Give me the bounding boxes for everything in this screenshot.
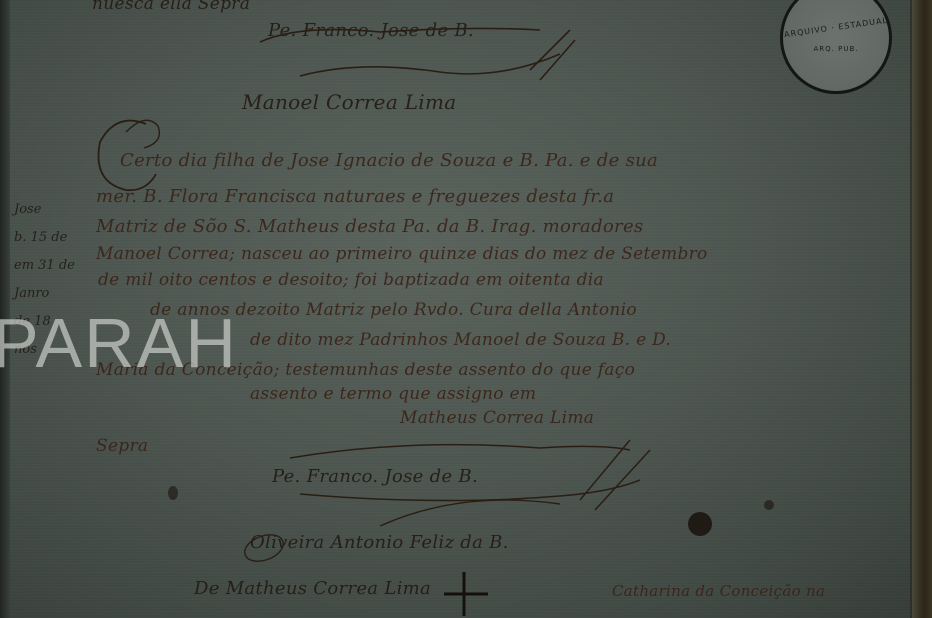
margin-note-line: b. 15 de [14, 224, 75, 252]
stamp-text-2: ARQ. PUB. [783, 45, 889, 53]
body-line: assento e termo que assigno em [250, 384, 536, 404]
body-line: Manoel Correa; nasceu ao primeiro quinze… [96, 244, 708, 264]
signature-witness-3: Catharina da Conceição na [612, 582, 825, 600]
body-line: de mil oito centos e desoito; foi baptiz… [98, 270, 604, 290]
ink-stain [764, 500, 774, 510]
body-line: Matriz de Sõo S. Matheus desta Pa. da B.… [96, 216, 643, 237]
heading-name: Manoel Correa Lima [242, 90, 456, 114]
ink-stain [168, 486, 178, 500]
margin-note-line: em 31 de [14, 252, 75, 280]
ink-stain [688, 512, 712, 536]
archive-stamp: ARQUIVO · ESTADUAL ARQ. PUB. [780, 0, 892, 94]
stamp-text-1: ARQUIVO · ESTADUAL [783, 16, 889, 40]
watermark-text: PARAH [0, 308, 238, 378]
signature-witness-2: De Matheus Correa Lima [194, 578, 431, 599]
signature-loop [240, 530, 290, 570]
signature-flourish-top [240, 20, 580, 90]
top-fragment-line: nuesca ella Sepra [92, 0, 250, 14]
manuscript-page: ARQUIVO · ESTADUAL ARQ. PUB. nuesca ella… [0, 0, 932, 618]
book-spine [912, 0, 932, 618]
cross-mark-icon [442, 570, 492, 618]
body-line: Certo dia filha de Jose Ignacio de Souza… [120, 150, 658, 171]
body-line: de dito mez Padrinhos Manoel de Souza B.… [250, 330, 671, 350]
margin-note-line: Jose [14, 196, 75, 224]
body-line: Matheus Correa Lima [400, 408, 594, 428]
body-line: mer. B. Flora Francisca naturaes e fregu… [96, 186, 614, 207]
signature-flourish-priest [260, 430, 660, 530]
body-line: Sepra [96, 436, 148, 456]
